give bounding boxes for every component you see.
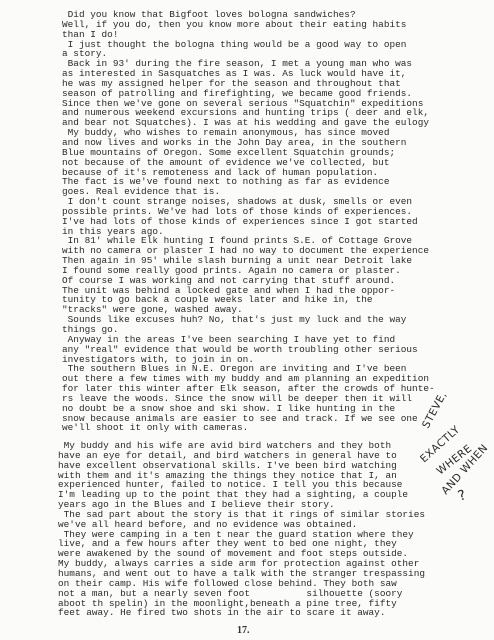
handwritten-annotation: STEVE, EXACTLY WHERE AND WHEN ? — [420, 395, 494, 515]
text-line: we'll shoot it only with cameras. — [62, 423, 435, 433]
text-line: feet away. He fired two shots in the air… — [58, 608, 425, 618]
text-block-1: Did you know that Bigfoot loves bologna … — [62, 10, 435, 433]
text-block-2: My buddy and his wife are avid bird watc… — [58, 441, 425, 618]
text-line: I just thought the bologna thing would b… — [62, 40, 435, 50]
document-page: Did you know that Bigfoot loves bologna … — [0, 0, 494, 640]
annotation-line: STEVE, — [420, 395, 449, 430]
page-number: 17. — [237, 625, 250, 636]
annotation-line: ? — [456, 487, 469, 505]
